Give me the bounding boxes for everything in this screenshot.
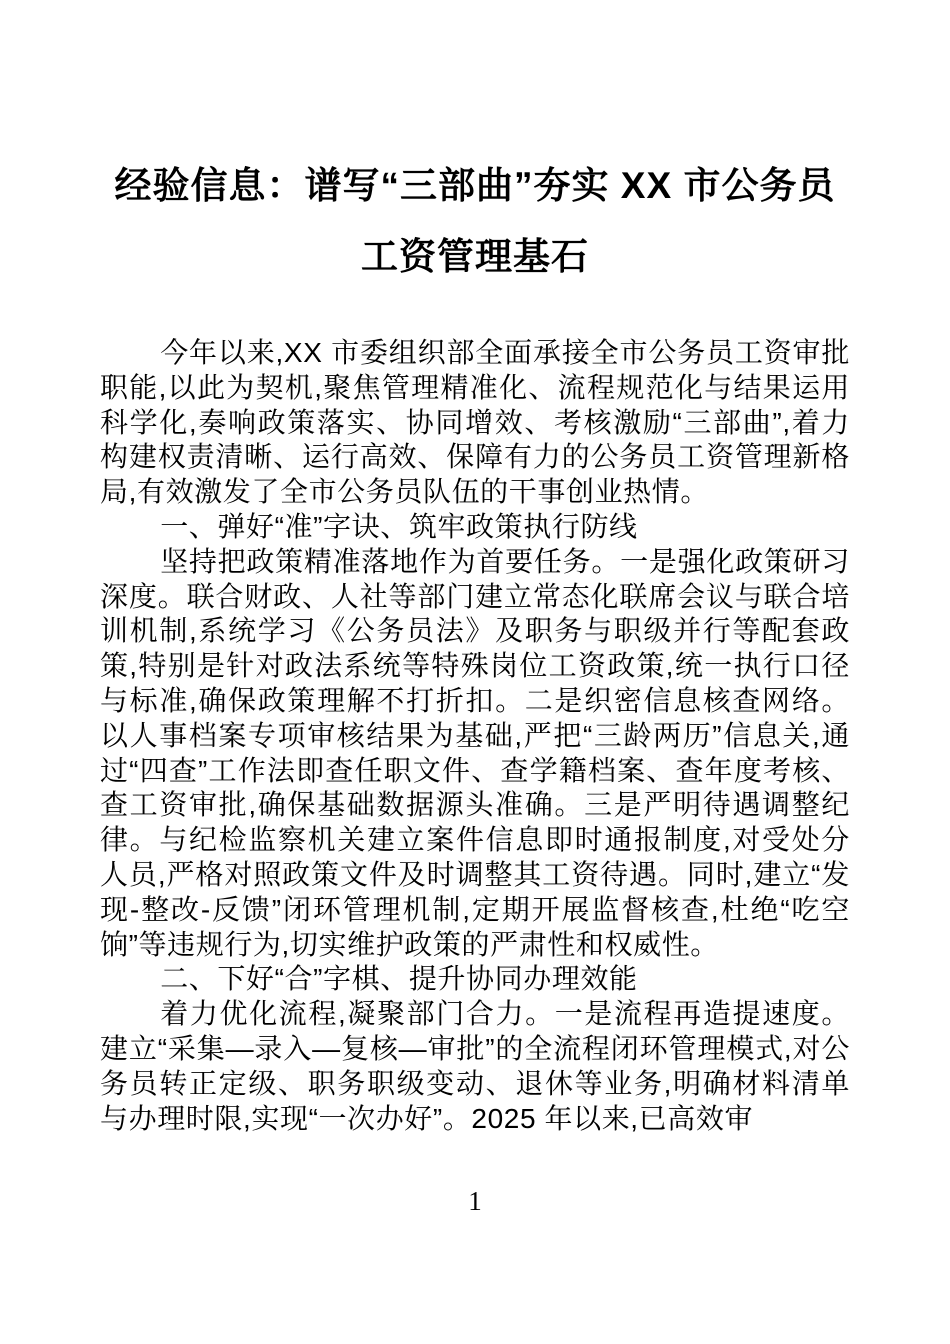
section-heading-2: 二、下好“合”字棋、提升协同办理效能 xyxy=(100,962,850,997)
section-heading-1: 一、弹好“准”字诀、筑牢政策执行防线 xyxy=(100,510,850,545)
paragraph-section-2: 着力优化流程,凝聚部门合力。一是流程再造提速度。建立“采集—录入—复核—审批”的… xyxy=(100,997,850,1136)
paragraph-intro: 今年以来,XX 市委组织部全面承接全市公务员工资审批职能,以此为契机,聚焦管理精… xyxy=(100,336,850,510)
document-body: 今年以来,XX 市委组织部全面承接全市公务员工资审批职能,以此为契机,聚焦管理精… xyxy=(100,336,850,1136)
document-page: 经验信息：谱写“三部曲”夯实 XX 市公务员工资管理基石 今年以来,XX 市委组… xyxy=(0,0,950,1344)
page-number: 1 xyxy=(0,1186,950,1217)
paragraph-section-1: 坚持把政策精准落地作为首要任务。一是强化政策研习深度。联合财政、人社等部门建立常… xyxy=(100,545,850,963)
document-title: 经验信息：谱写“三部曲”夯实 XX 市公务员工资管理基石 xyxy=(100,150,850,292)
